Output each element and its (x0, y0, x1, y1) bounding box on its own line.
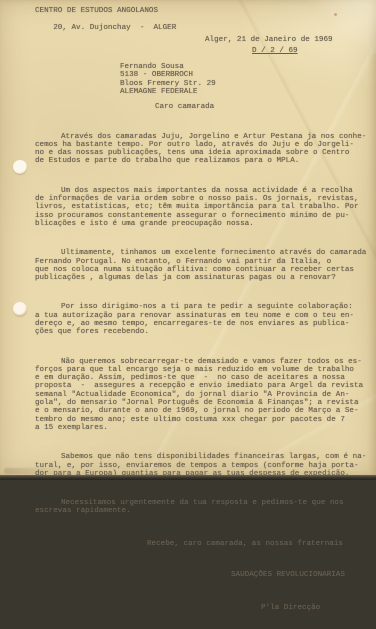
punch-hole-bottom (13, 302, 27, 316)
sender-org-address: 20, Av. Dujonchay - ALGER (53, 24, 176, 32)
salutation: Caro camarada (155, 103, 214, 111)
paper-speck (334, 13, 337, 16)
letter-body: Através dos camaradas Juju, Jorgelino e … (35, 116, 371, 480)
dateline: Alger, 21 de Janeiro de 1969 (205, 36, 333, 44)
recipient-address: Fernando Sousa 5138 - OBERBROCH Bloos Fr… (120, 63, 216, 96)
paragraph-4: Por isso dirigimo-nos a ti para te pedir… (35, 303, 371, 336)
paragraph-2: Um dos aspectos mais importantes da noss… (35, 187, 371, 228)
paragraph-5: Não queremos sobrecarregar-te demasiado … (35, 358, 371, 433)
paragraph-1: Através dos camaradas Juju, Jorgelino e … (35, 133, 371, 166)
corner-crease (306, 0, 376, 54)
reference-number: D / 2 / 69 (252, 47, 298, 55)
paper-speck (304, 455, 307, 458)
bottom-left-smudge (4, 468, 64, 474)
paragraph-3: Ultimamente, tinhamos um excelente forne… (35, 249, 371, 282)
sender-letterhead: CENTRO DE ESTUDOS ANGOLANOS 20, Av. Dujo… (35, 7, 176, 40)
letter-page: CENTRO DE ESTUDOS ANGOLANOS 20, Av. Dujo… (0, 0, 376, 476)
sender-org-name: CENTRO DE ESTUDOS ANGOLANOS (35, 7, 158, 15)
punch-hole-top (13, 160, 27, 174)
scan-edge (0, 475, 376, 480)
